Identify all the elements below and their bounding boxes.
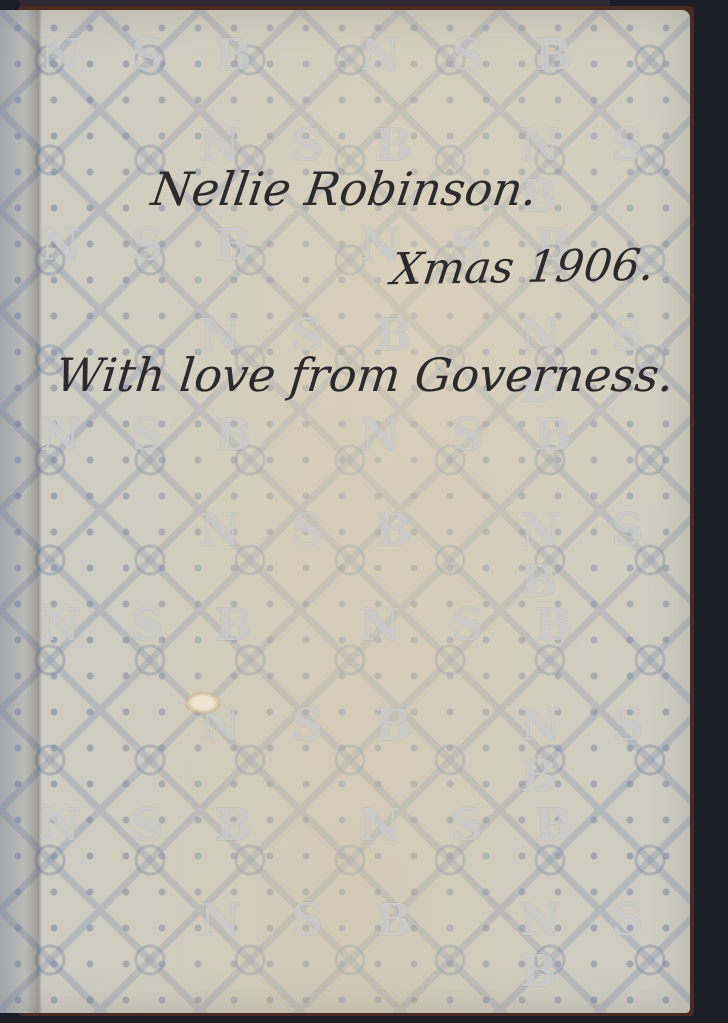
- monogram: N S B: [40, 800, 270, 851]
- monogram: N S B: [40, 220, 270, 271]
- inscription-dedication: With love from Governess.: [53, 348, 676, 402]
- monogram: N S B: [200, 700, 430, 751]
- monogram: N S B: [360, 600, 590, 651]
- paper-stain: [185, 692, 221, 714]
- photo-background: N S B N S B N S B N S B N S B N S B N S …: [0, 0, 728, 1023]
- monogram: N S B: [40, 30, 270, 81]
- monogram: N S B: [520, 895, 690, 997]
- inscription-date: Xmas 1906.: [389, 240, 658, 296]
- monogram: N S B: [200, 895, 430, 946]
- monogram: N S B: [200, 505, 430, 556]
- inscription-name: Nellie Robinson.: [148, 162, 541, 216]
- monogram: N S B: [520, 505, 690, 607]
- endpaper: N S B N S B N S B N S B N S B N S B N S …: [0, 10, 690, 1013]
- monogram: N S B: [520, 700, 690, 802]
- monogram: N S B: [360, 800, 590, 851]
- monogram: N S B: [360, 410, 590, 461]
- monogram: N S B: [40, 410, 270, 461]
- monogram: N S B: [40, 600, 270, 651]
- monogram: N S B: [360, 30, 590, 81]
- monogram: N S B: [520, 120, 690, 222]
- monogram-pattern: N S B N S B N S B N S B N S B N S B N S …: [0, 10, 690, 1013]
